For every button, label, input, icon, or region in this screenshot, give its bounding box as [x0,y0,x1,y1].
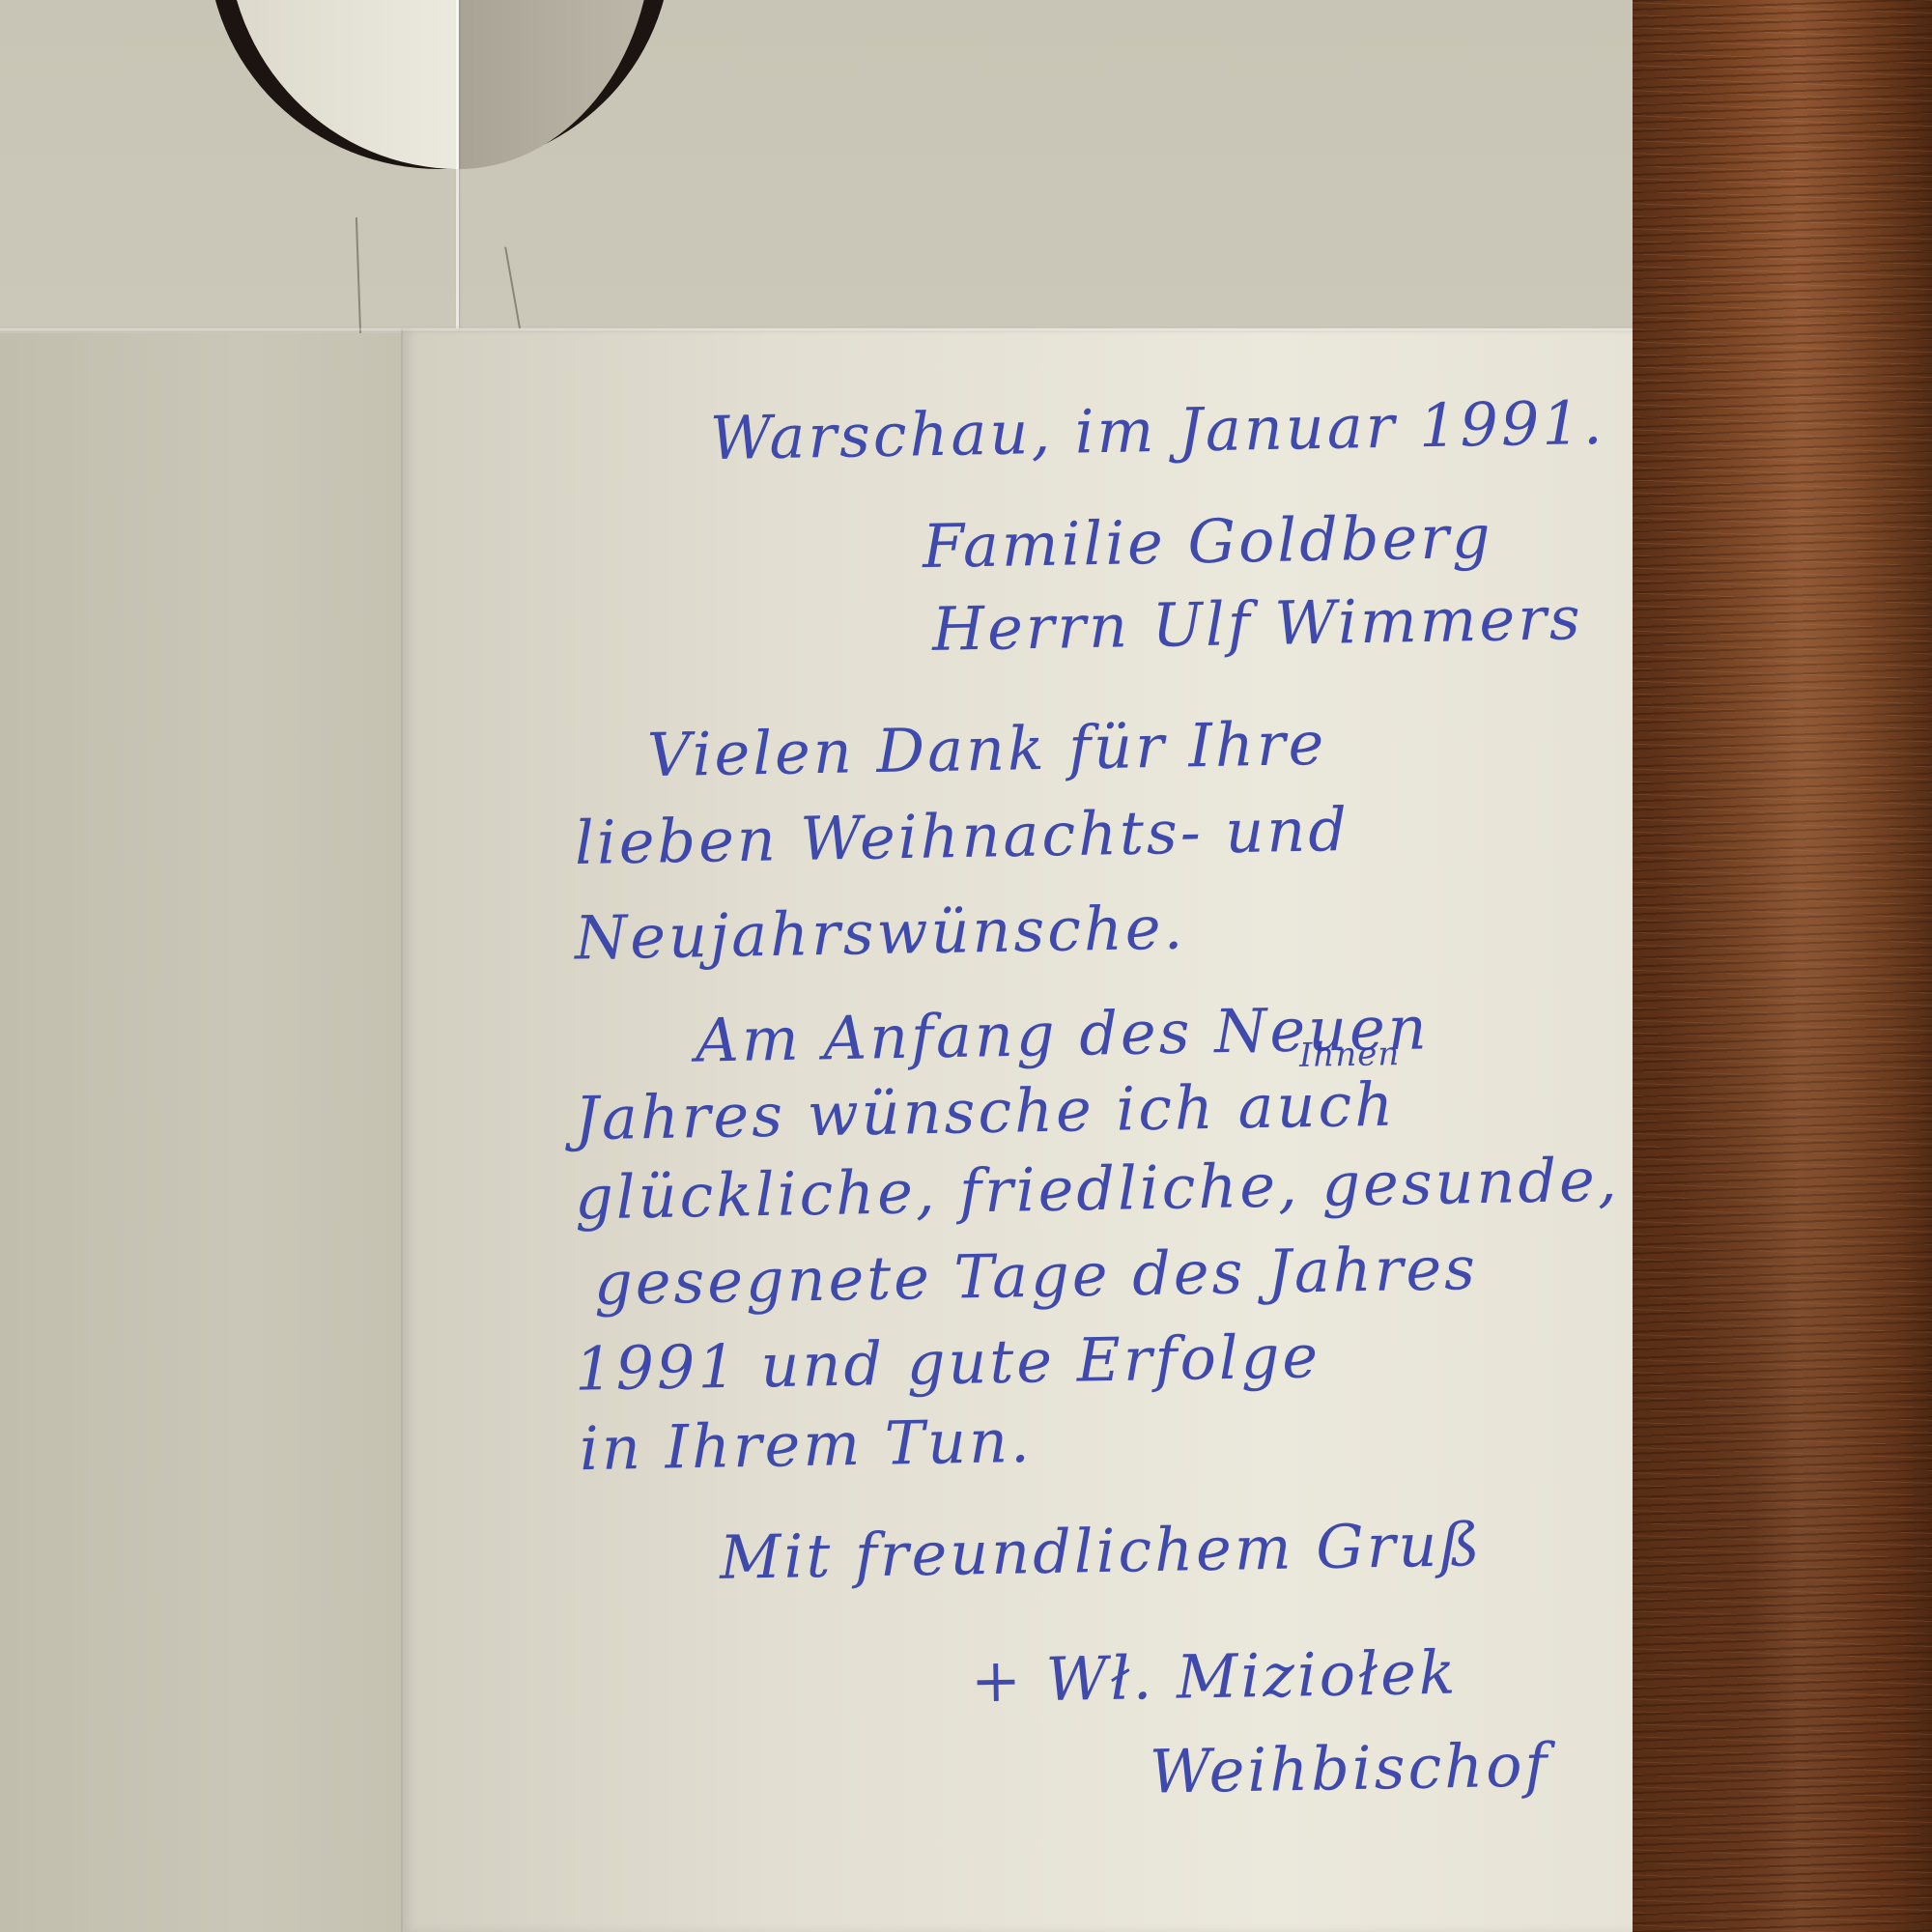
body-line: Jahres wünsche ich auch [575,1075,1397,1150]
signature: + Wł. Miziołek [970,1643,1458,1712]
handwritten-letter: Warschau, im Januar 1991. Familie Goldbe… [0,0,1642,1932]
place-date: Warschau, im Januar 1991. [710,393,1605,469]
body-line: glückliche, friedliche, gesunde, [575,1151,1620,1229]
body-line: gesegnete Tage des Jahres [594,1238,1479,1314]
body-line: in Ihrem Tun. [579,1411,1033,1479]
inserted-word: Ihnen [1299,1037,1401,1072]
body-line: 1991 und gute Erfolge [575,1326,1321,1399]
recipient-line: Herrn Ulf Wimmers [932,588,1584,660]
recipient-line: Familie Goldberg [923,507,1494,577]
wooden-table [1633,0,1932,1932]
body-line: Vielen Dank für Ihre [647,714,1327,785]
closing: Mit freundlichem Gruß [720,1515,1484,1588]
signature-title: Weihbischof [1149,1735,1549,1802]
body-line: lieben Weihnachts- und [575,800,1350,873]
body-line: Neujahrswünsche. [575,897,1186,968]
